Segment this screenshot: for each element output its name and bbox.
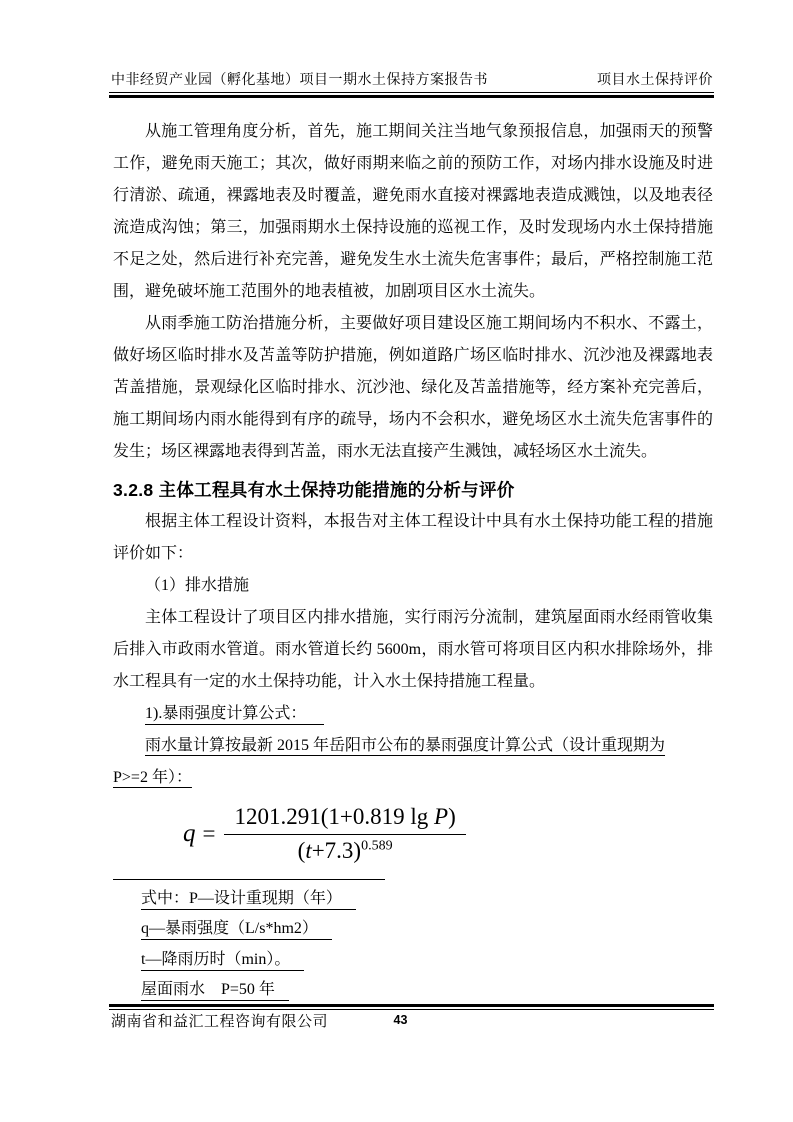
section-heading-3-2-8: 3.2.8 主体工程具有水土保持功能措施的分析与评价	[113, 476, 713, 504]
paragraph-rainy-season: 从雨季施工防治措施分析，主要做好项目建设区施工期间场内不积水、不露土，做好场区临…	[113, 308, 713, 468]
formula-exponent: 0.589	[361, 839, 393, 854]
formula-note-p: 式中：P—设计重现期（年）	[113, 884, 713, 915]
formula-intro-paragraph: 雨水量计算按最新 2015 年岳阳市公布的暴雨强度计算公式（设计重现期为 P>=…	[113, 730, 713, 794]
page-footer: 湖南省和益汇工程咨询有限公司	[111, 1012, 713, 1032]
formula-denominator: (t+7.3)0.589	[298, 835, 393, 864]
formula-underline-rule	[113, 879, 385, 880]
formula-label-line: 1).暴雨强度计算公式：	[113, 698, 713, 730]
formula-equals-sign: =	[203, 821, 216, 847]
document-body: 从施工管理角度分析，首先，施工期间关注当地气象预报信息，加强雨天的预警工作，避免…	[113, 116, 713, 1006]
paragraph-drainage-design: 主体工程设计了项目区内排水措施，实行雨污分流制，建筑屋面雨水经雨管收集后排入市政…	[113, 602, 713, 698]
document-page: 中非经贸产业园（孵化基地）项目一期水土保持方案报告书 项目水土保持评价 从施工管…	[0, 0, 793, 1122]
paragraph-construction-management: 从施工管理角度分析，首先，施工期间关注当地气象预报信息，加强雨天的预警工作，避免…	[113, 116, 713, 308]
formula-note-t: t—降雨历时（min）。	[113, 945, 713, 976]
formula-numerator: 1201.291(1+0.819 lg P)	[224, 804, 465, 835]
header-right-title: 项目水土保持评价	[597, 72, 713, 90]
paragraph-evaluation-intro: 根据主体工程设计资料，本报告对主体工程设计中具有水土保持功能工程的措施评价如下：	[113, 506, 713, 570]
formula-fraction: 1201.291(1+0.819 lg P) (t+7.3)0.589	[224, 804, 465, 865]
page-header: 中非经贸产业园（孵化基地）项目一期水土保持方案报告书 项目水土保持评价	[111, 72, 713, 90]
item-drainage-measures: （1）排水措施	[113, 570, 713, 602]
header-left-title: 中非经贸产业园（孵化基地）项目一期水土保持方案报告书	[111, 72, 488, 90]
header-rule	[109, 92, 714, 98]
formula-lhs-variable: q	[183, 820, 196, 849]
formula-note-roof-rainwater: 屋面雨水 P=50 年	[113, 975, 713, 1006]
page-number: 43	[394, 1011, 408, 1029]
footer-company-name: 湖南省和益汇工程咨询有限公司	[111, 1014, 328, 1030]
rainstorm-intensity-formula: q = 1201.291(1+0.819 lg P) (t+7.3)0.589	[183, 804, 466, 865]
footer-rule	[109, 1004, 714, 1010]
formula-label: 1).暴雨强度计算公式：	[145, 705, 324, 725]
formula-note-q: q—暴雨强度（L/s*hm2）	[113, 914, 713, 945]
